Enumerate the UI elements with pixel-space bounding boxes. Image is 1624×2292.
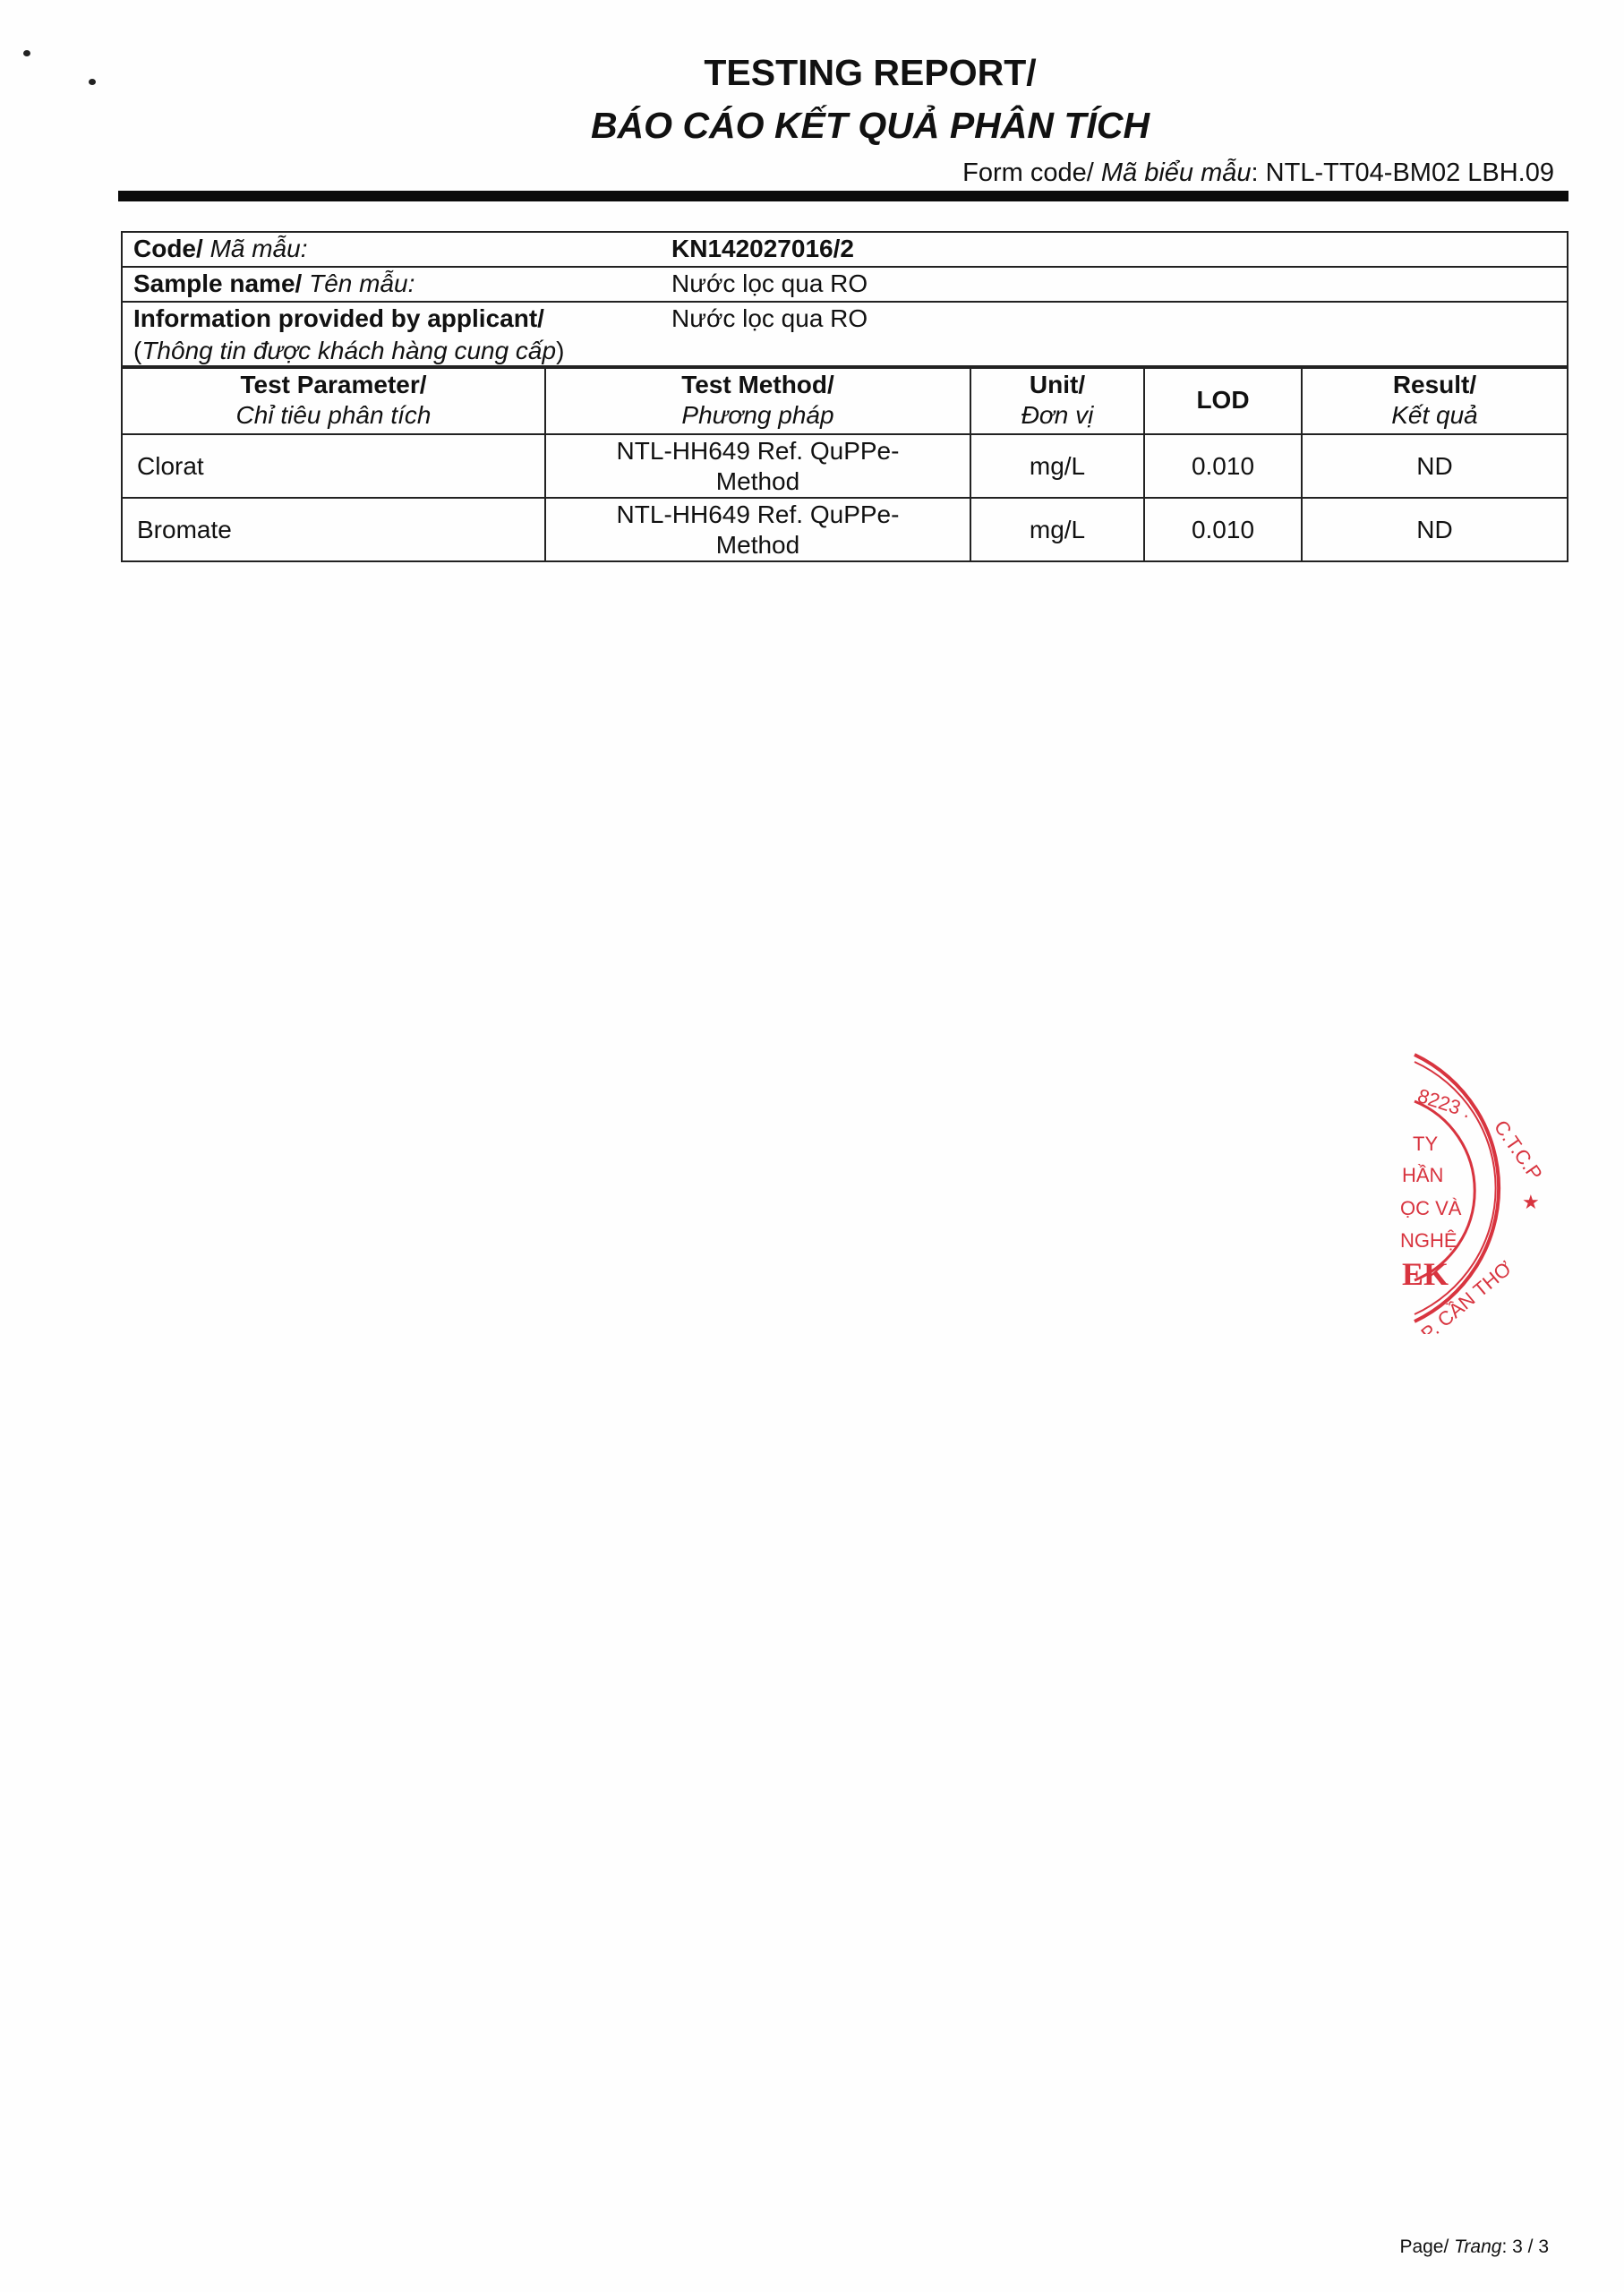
report-title-en: TESTING REPORT/ [0,52,1624,94]
sample-code-value: KN142027016/2 [650,232,1568,267]
cell-parameter: Clorat [122,434,545,498]
cell-result: ND [1302,434,1568,498]
svg-text:ỌC VÀ: ỌC VÀ [1400,1197,1462,1219]
form-code-value: : NTL-TT04-BM02 LBH.09 [1252,158,1554,187]
header-unit: Unit/Đơn vị [970,366,1144,434]
svg-text:NGHỆ: NGHỆ [1400,1229,1457,1252]
sample-name-value: Nước lọc qua RO [650,267,1568,302]
header-lod: LOD [1144,366,1302,434]
stamp-seal-icon: 8223 . C.T.C.P ★ TY HẦN ỌC VÀ NGHỆ EK P.… [1397,1039,1611,1334]
applicant-info-label: Information provided by applicant/(Thông… [122,302,650,368]
header-method: Test Method/Phương pháp [545,366,970,434]
svg-text:HẦN: HẦN [1402,1164,1443,1186]
sample-code-label: Code/ Mã mẫu: [122,232,650,267]
results-header-row: Test Parameter/Chỉ tiêu phân tích Test M… [122,366,1568,434]
form-code-label-vi: Mã biểu mẫu [1101,158,1252,187]
cell-lod: 0.010 [1144,498,1302,561]
cell-method: NTL-HH649 Ref. QuPPe-Method [545,498,970,561]
header-result: Result/Kết quả [1302,366,1568,434]
applicant-info-value: Nước lọc qua RO [650,302,1568,368]
form-code-label-en: Form code/ [962,158,1101,187]
sample-name-row: Sample name/ Tên mẫu: Nước lọc qua RO [122,267,1568,302]
sample-info-table: Code/ Mã mẫu: KN142027016/2 Sample name/… [121,231,1568,369]
svg-text:TY: TY [1413,1133,1438,1155]
results-table: Test Parameter/Chỉ tiêu phân tích Test M… [121,365,1568,562]
header-divider [118,191,1568,201]
page-number: Page/ Trang: 3 / 3 [1399,2236,1549,2258]
cell-parameter: Bromate [122,498,545,561]
cell-lod: 0.010 [1144,434,1302,498]
form-code: Form code/ Mã biểu mẫu: NTL-TT04-BM02 LB… [962,158,1554,188]
report-title-vi: BÁO CÁO KẾT QUẢ PHÂN TÍCH [0,105,1624,147]
company-stamp: 8223 . C.T.C.P ★ TY HẦN ỌC VÀ NGHỆ EK P.… [1397,1039,1611,1334]
sample-code-row: Code/ Mã mẫu: KN142027016/2 [122,232,1568,267]
svg-text:8223 .: 8223 . [1415,1084,1474,1123]
applicant-info-row: Information provided by applicant/(Thông… [122,302,1568,368]
cell-unit: mg/L [970,434,1144,498]
cell-result: ND [1302,498,1568,561]
svg-text:EK: EK [1402,1256,1449,1292]
sample-name-label: Sample name/ Tên mẫu: [122,267,650,302]
table-row: Bromate NTL-HH649 Ref. QuPPe-Method mg/L… [122,498,1568,561]
cell-unit: mg/L [970,498,1144,561]
table-row: Clorat NTL-HH649 Ref. QuPPe-Method mg/L … [122,434,1568,498]
svg-text:★: ★ [1522,1191,1540,1213]
cell-method: NTL-HH649 Ref. QuPPe-Method [545,434,970,498]
header-parameter: Test Parameter/Chỉ tiêu phân tích [122,366,545,434]
